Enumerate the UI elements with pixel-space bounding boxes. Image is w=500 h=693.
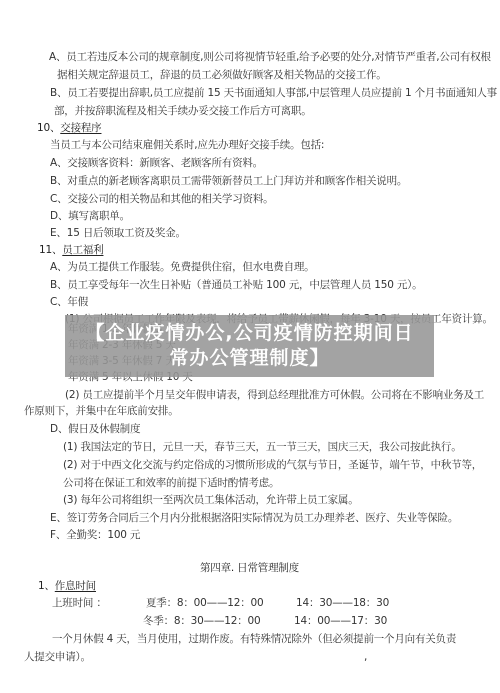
section-11-heading: 11、员工福利 [39, 243, 103, 257]
section-10-item-b: B、对重点的新老顾客离职员工需带领新替员工上门拜访并和顾客作相关说明。 [50, 174, 407, 188]
holiday-rule-2-line1: (2) 对于中西文化交流与约定俗成的习惯所形成的气氛与节日，圣诞节，端午节，中秋… [63, 458, 482, 472]
summer-pm-hours: 14：30——18：30 [296, 596, 389, 610]
rule-a-line2: 据相关规定辞退员工，辞退的员工必须做好顾客及相关物品的交接工作。 [57, 68, 387, 82]
section-10-number: 10、 [37, 122, 60, 134]
monthly-leave-line1: 一个月休假 4 天，当月使用，过期作废。有特殊情况除外（但必须提前一个月向有关负… [52, 632, 456, 646]
benefit-f: F、全勤奖：100 元 [50, 528, 140, 542]
section-10-intro: 当员工与本公司结束雇佣关系时,应先办理好交接手续。包括: [50, 138, 324, 152]
winter-pm-hours: 14：00——17：30 [294, 614, 387, 628]
section-10-heading: 10、交接程序 [37, 121, 101, 135]
section-1-title: 作息时间 [55, 580, 96, 592]
section-11-number: 11、 [39, 244, 62, 256]
work-time-label: 上班时间 ： [52, 596, 107, 610]
benefit-d-title: D、假日及休假制度 [50, 422, 140, 436]
section-10-item-e: E、15 日后领取工资及奖金。 [50, 226, 186, 240]
rule-b-line1: B、员工若要提出辞职,员工应提前 15 天书面通知人事部,中层管理人员应提前 1… [50, 86, 497, 100]
chapter-4-title: 第四章. 日常管理制度 [200, 561, 299, 575]
winter-am-hours: 冬季：8：30——12：00 [143, 614, 260, 628]
banner-title-line1: 【企业疫情办公,公司疫情防控期间日 [85, 321, 413, 346]
holiday-rule-3: (3) 每年公司将组织一至两次员工集体活动，允许带上员工家属。 [63, 493, 359, 507]
benefit-b: B、员工享受每年一次生日补贴（普通员工补贴 100 元，中层管理人员 150 元… [50, 278, 423, 292]
section-10-item-c: C、交接公司的相关物品和其他的相关学习资料。 [50, 192, 273, 206]
monthly-leave-line2: 人提交申请）。 [24, 650, 91, 664]
annual-leave-rule-2-line1: (2) 员工应提前半个月呈交年假申请表，得到总经理批准方可休假。公司将在不影响业… [65, 388, 484, 402]
section-11-title: 员工福利 [62, 244, 103, 256]
benefit-a: A、为员工提供工作服装。免费提供住宿，但水电费自理。 [50, 260, 314, 274]
summer-am-hours: 夏季：8：00——12：00 [146, 596, 263, 610]
holiday-rule-1: (1) 我国法定的节日，元旦一天，春节三天，五一节三天，国庆三天，我公司按此执行… [63, 440, 462, 454]
benefit-e: E、签订劳务合同后三个月内分批根据洛阳实际情况为员工办理养老、医疗、失业等保险。 [50, 511, 458, 525]
section-1-heading: 1、作息时间 [38, 579, 96, 593]
section-1-number: 1、 [38, 580, 55, 592]
section-10-item-d: D、填写离职单。 [50, 209, 130, 223]
rule-b-line2: 部，并按辞职流程及相关手续办妥交接工作后方可离职。 [54, 104, 312, 118]
banner-title-line2: 常办公管理制度】 [169, 346, 329, 371]
rule-a-line1: A、员工若违反本公司的规章制度,则公司将视情节轻重,给予必要的处分,对情节严重者… [49, 50, 491, 64]
section-10-title: 交接程序 [60, 122, 101, 134]
benefit-c-title: C、年假 [50, 295, 88, 309]
annual-leave-rule-2-line2: 作原则下，并集中在年底前安排。 [24, 404, 179, 418]
title-banner: 【企业疫情办公,公司疫情防控期间日 常办公管理制度】 [65, 315, 434, 377]
stray-mark: , [364, 650, 367, 664]
section-10-item-a: A、交接顾客资料：新顾客、老顾客所有资料。 [50, 156, 263, 170]
holiday-rule-2-line2: 公司将在保证工和效率的前提下适时酌情考虑。 [63, 476, 279, 490]
